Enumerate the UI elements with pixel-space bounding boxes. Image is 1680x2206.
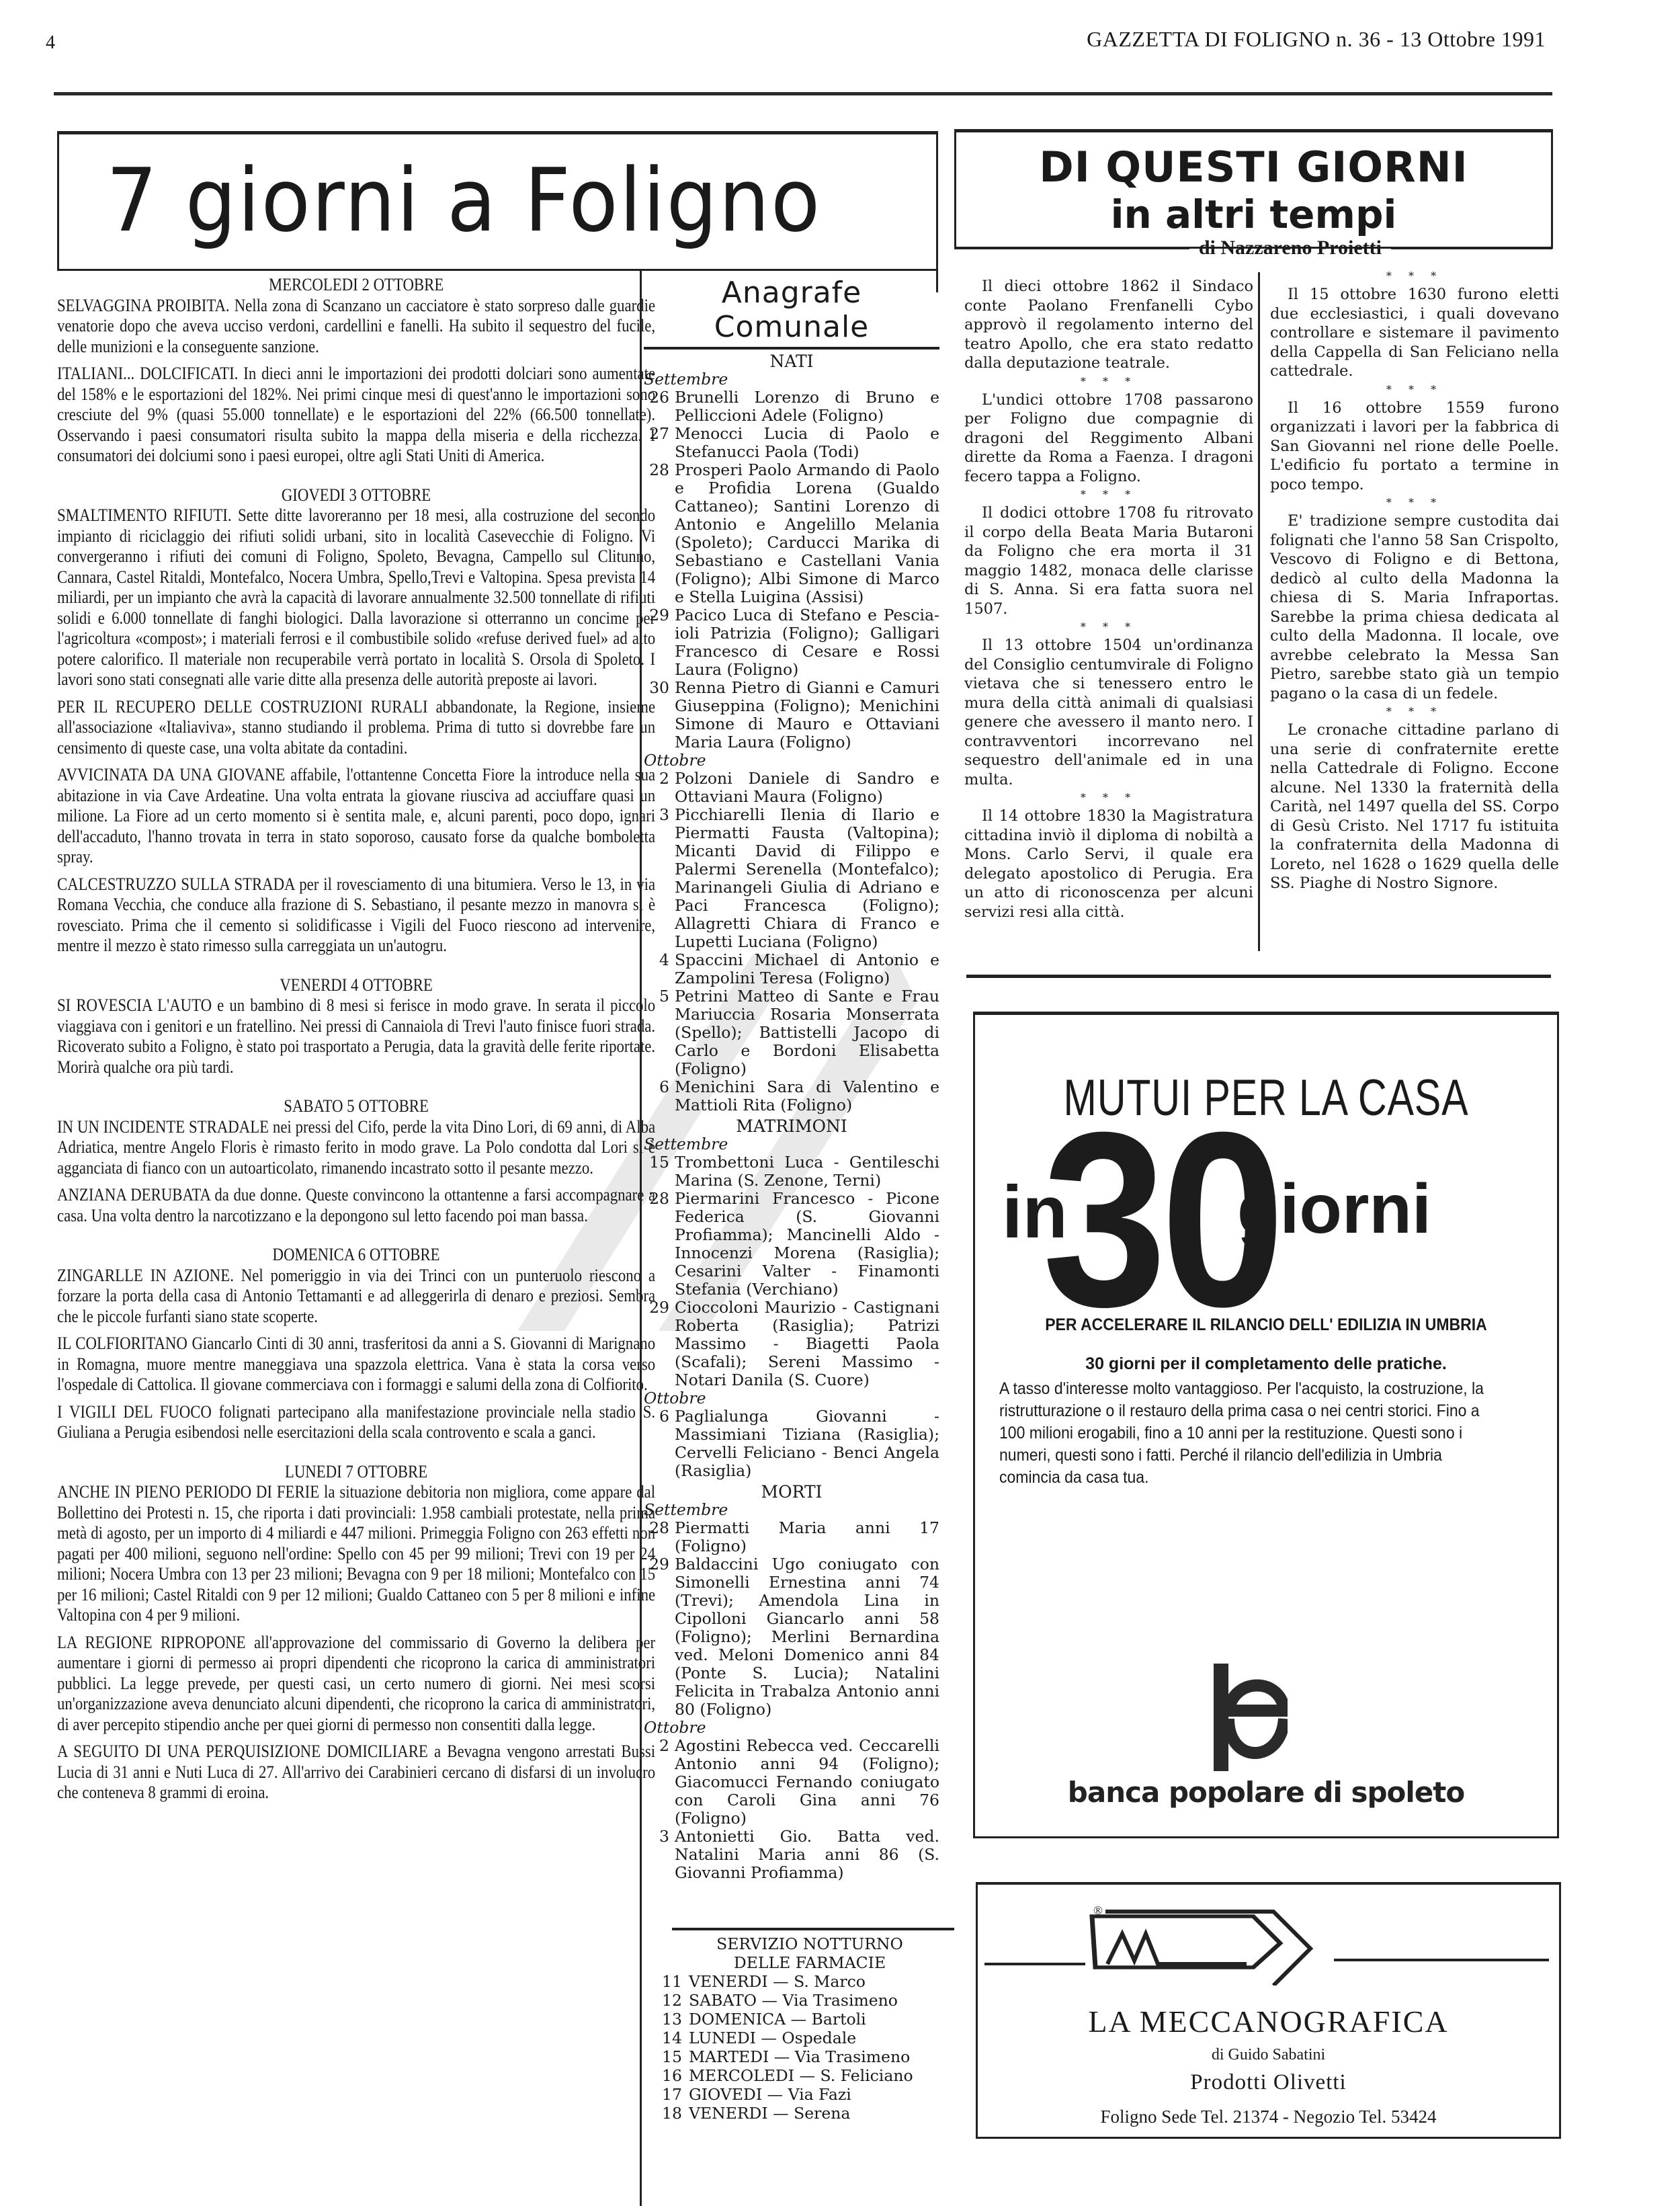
news-item: AVVICINATA DA UNA GIOVANE affabile, l'ot… <box>57 764 655 867</box>
seven-days-column: MERCOLEDI 2 OTTOBRESELVAGGINA PROIBITA. … <box>57 274 655 1803</box>
entry-day: 6 <box>644 1078 675 1114</box>
month-label: Ottobre <box>644 1389 939 1407</box>
spacer <box>57 1326 655 1333</box>
spacer <box>57 1625 655 1632</box>
pharmacy-day-number: 16 <box>662 2066 689 2085</box>
entry-day: 27 <box>644 425 675 461</box>
anagrafe-entry: 15Trombettoni Luca - Gentileschi Marina … <box>644 1153 939 1190</box>
separator: * * * <box>1270 381 1559 399</box>
ad-tagline: PER ACCELERARE IL RILANCIO DELL' EDILIZI… <box>999 1315 1534 1335</box>
news-item: IN UN INCIDENTE STRADALE nei pressi del … <box>57 1116 655 1178</box>
anagrafe-section-nati: NATI <box>644 352 939 370</box>
ad-subhead: 30 giorni per il completamento delle pra… <box>975 1354 1557 1374</box>
entry-day: 6 <box>644 1407 675 1480</box>
pharmacy-name: VENERDI — S. Marco <box>689 1972 866 1991</box>
company-products: Prodotti Olivetti <box>978 2070 1559 2095</box>
entry-day: 28 <box>644 461 675 606</box>
company-owner: di Guido Sabatini <box>978 2046 1559 2064</box>
entry-day: 30 <box>644 679 675 751</box>
separator: * * * <box>964 486 1253 503</box>
section-title: 7 giorni a Foligno <box>106 149 821 251</box>
anagrafe-section-matrimoni: MATRIMONI <box>644 1117 939 1135</box>
anagrafe-entry: 29Baldaccini Ugo coniugato con Simonelli… <box>644 1555 939 1719</box>
pharmacy-night-service: SERVIZIO NOTTURNO DELLE FARMACIE 11VENER… <box>662 1934 958 2123</box>
history-item: Il 15 ottobre 1630 furono eletti due ecc… <box>1270 285 1559 381</box>
pharmacy-name: DOMENICA — Bartoli <box>689 2010 866 2029</box>
spacer <box>57 867 655 874</box>
entry-text: Spaccini Michael di Antonio e Zampolini … <box>675 951 939 987</box>
spacer <box>57 758 655 764</box>
entry-day: 5 <box>644 987 675 1078</box>
entry-text: Menichini Sara di Valentino e Mattioli R… <box>675 1078 939 1114</box>
news-item: I VIGILI DEL FUOCO folignati partecipano… <box>57 1401 655 1442</box>
spacer <box>57 1077 655 1096</box>
entry-text: Trombettoni Luca - Gentileschi Marina (S… <box>675 1153 939 1190</box>
news-item: PER IL RECUPERO DELLE COSTRUZIONI RURALI… <box>57 696 655 758</box>
day-heading: MERCOLEDI 2 OTTOBRE <box>57 274 655 295</box>
section-rule <box>966 975 1551 978</box>
news-item: ITALIANI... DOLCIFICATI. In dieci anni l… <box>57 363 655 466</box>
day-heading: SABATO 5 OTTOBRE <box>57 1096 655 1116</box>
anagrafe-entry: 5Petrini Matteo di Sante e Frau Mariucci… <box>644 987 939 1078</box>
anagrafe-entry: 29Cioccoloni Maurizio - Castignani Rober… <box>644 1299 939 1389</box>
pharmacy-name: VENERDI — Serena <box>689 2104 850 2123</box>
day-heading: DOMENICA 6 OTTOBRE <box>57 1244 655 1265</box>
month-label: Ottobre <box>644 751 939 770</box>
news-item: SMALTIMENTO RIFIUTI. Sette ditte lavorer… <box>57 505 655 690</box>
entry-day: 26 <box>644 389 675 425</box>
company-contacts: Foligno Sede Tel. 21374 - Negozio Tel. 5… <box>978 2107 1559 2127</box>
entry-text: Menocci Lucia di Paolo e Stefanucci Paol… <box>675 425 939 461</box>
entry-text: Cioccoloni Maurizio - Castignani Roberta… <box>675 1299 939 1389</box>
altri-tempi-header: DI QUESTI GIORNI in altri tempi <box>954 129 1553 249</box>
entry-day: 29 <box>644 606 675 679</box>
spacer <box>57 1225 655 1244</box>
pharmacy-row: 16MERCOLEDI — S. Feliciano <box>662 2066 958 2085</box>
day-heading: GIOVEDI 3 OTTOBRE <box>57 485 655 505</box>
altri-tempi-byline: di Nazzareno Proietti <box>1199 237 1382 259</box>
entry-day: 3 <box>644 1828 675 1882</box>
anagrafe-column: Anagrafe Comunale NATISettembre26Brunell… <box>644 276 939 1882</box>
day-heading: LUNEDI 7 OTTOBRE <box>57 1461 655 1482</box>
separator: * * * <box>1270 703 1559 721</box>
separator: * * * <box>964 618 1253 636</box>
anagrafe-entry: 28Prosperi Paolo Armando di Paolo e Prof… <box>644 461 939 606</box>
month-label: Settembre <box>644 370 939 389</box>
entry-text: Piermarini Francesco - Picone Federica (… <box>675 1190 939 1299</box>
altri-tempi-title: DI QUESTI GIORNI <box>956 142 1551 192</box>
pharmacy-name: LUNEDI — Ospedale <box>689 2029 856 2047</box>
pharmacy-title-2: DELLE FARMACIE <box>662 1953 958 1972</box>
byline-rule <box>1391 247 1552 249</box>
entry-text: Picchiarelli Ilenia di Ilario e Piermatt… <box>675 806 939 951</box>
ad-in: in <box>1002 1170 1068 1255</box>
news-item: IL COLFIORITANO Giancarlo Cinti di 30 an… <box>57 1333 655 1395</box>
ad-body: A tasso d'interesse molto vantaggioso. P… <box>999 1378 1506 1489</box>
history-item: Le cronache cittadine parlano di una ser… <box>1270 721 1559 893</box>
pharmacy-day-number: 14 <box>662 2029 689 2047</box>
spacer <box>57 356 655 363</box>
entry-text: Renna Pietro di Gianni e Camuri Giuseppi… <box>675 679 939 751</box>
history-item: E' tradizione sempre custodita dai folig… <box>1270 512 1559 703</box>
page-number: 4 <box>46 32 55 54</box>
history-item: Il 16 ottobre 1559 furono organizzati i … <box>1270 399 1559 495</box>
anagrafe-entry: 4Spaccini Michael di Antonio e Zampolini… <box>644 951 939 987</box>
history-item: Il dodici ottobre 1708 fu ritrovato il c… <box>964 503 1253 618</box>
anagrafe-entry: 30Renna Pietro di Gianni e Camuri Giusep… <box>644 679 939 751</box>
entry-text: Polzoni Daniele di Sandro e Ottaviani Ma… <box>675 770 939 806</box>
entry-text: Paglialunga Giovanni - Massimiani Tizian… <box>675 1407 939 1480</box>
anagrafe-entry: 6Paglialunga Giovanni - Massimiani Tizia… <box>644 1407 939 1480</box>
news-item: ANZIANA DERUBATA da due donne. Queste co… <box>57 1184 655 1225</box>
pharmacy-day-number: 15 <box>662 2047 689 2066</box>
ad-giorni: giorni <box>1237 1170 1431 1250</box>
pharmacy-row: 15MARTEDI — Via Trasimeno <box>662 2047 958 2066</box>
entry-day: 2 <box>644 770 675 806</box>
entry-text: Brunelli Lorenzo di Bruno e Pelliccioni … <box>675 389 939 425</box>
pharmacy-name: SABATO — Via Trasimeno <box>689 1991 898 2010</box>
anagrafe-entry: 27Menocci Lucia di Paolo e Stefanucci Pa… <box>644 425 939 461</box>
pharmacy-list: 11VENERDI — S. Marco12SABATO — Via Trasi… <box>662 1972 958 2123</box>
header-rule <box>54 92 1552 95</box>
entry-day: 28 <box>644 1190 675 1299</box>
entry-text: Prosperi Paolo Armando di Paolo e Profid… <box>675 461 939 606</box>
spacer <box>57 956 655 975</box>
pharmacy-row: 18VENERDI — Serena <box>662 2104 958 2123</box>
spacer <box>57 1395 655 1401</box>
month-label: Settembre <box>644 1501 939 1519</box>
separator: * * * <box>964 789 1253 807</box>
pharmacy-row: 12SABATO — Via Trasimeno <box>662 1991 958 2010</box>
anagrafe-entry: 26Brunelli Lorenzo di Bruno e Pelliccion… <box>644 389 939 425</box>
history-item: Il 14 ottobre 1830 la Magistratura citta… <box>964 807 1253 922</box>
pharmacy-name: MARTEDI — Via Trasimeno <box>689 2047 910 2066</box>
altri-tempi-byline-row: di Nazzareno Proietti <box>954 237 1552 259</box>
bank-advertisement: MUTUI PER LA CASA 30 in giorni PER ACCEL… <box>973 1012 1559 1838</box>
entry-day: 3 <box>644 806 675 951</box>
news-item: CALCESTRUZZO SULLA STRADA per il rovesci… <box>57 874 655 956</box>
news-item: SELVAGGINA PROIBITA. Nella zona di Scanz… <box>57 295 655 357</box>
entry-day: 15 <box>644 1153 675 1190</box>
pharmacy-row: 14LUNEDI — Ospedale <box>662 2029 958 2047</box>
pharmacy-day-number: 13 <box>662 2010 689 2029</box>
pharmacy-row: 11VENERDI — S. Marco <box>662 1972 958 1991</box>
byline-rule <box>954 247 1189 249</box>
meccanografica-advertisement: ® LA MECCANOGRAFICA di Guido Sabatini Pr… <box>976 1882 1561 2139</box>
anagrafe-entry: 6Menichini Sara di Valentino e Mattioli … <box>644 1078 939 1114</box>
altri-tempi-column-2: * * *Il 15 ottobre 1630 furono eletti du… <box>1270 268 1559 893</box>
entry-text: Pacico Luca di Stefano e Pescia-ioli Pat… <box>675 606 939 679</box>
pharmacy-day-number: 11 <box>662 1972 689 1991</box>
column-divider <box>936 131 938 292</box>
anagrafe-entry: 28Piermatti Maria anni 17 (Foligno) <box>644 1519 939 1555</box>
month-label: Ottobre <box>644 1719 939 1737</box>
entry-day: 29 <box>644 1555 675 1719</box>
pharmacy-title-1: SERVIZIO NOTTURNO <box>662 1934 958 1953</box>
pharmacy-rule <box>672 1928 954 1930</box>
spacer <box>57 1442 655 1461</box>
pharmacy-day-number: 17 <box>662 2085 689 2104</box>
altri-tempi-column-1: Il dieci ottobre 1862 il Sindaco conte P… <box>964 277 1253 922</box>
anagrafe-body: NATISettembre26Brunelli Lorenzo di Bruno… <box>644 352 939 1882</box>
spacer <box>57 1734 655 1741</box>
anagrafe-entry: 29Pacico Luca di Stefano e Pescia-ioli P… <box>644 606 939 679</box>
separator: * * * <box>964 373 1253 391</box>
month-label: Settembre <box>644 1135 939 1153</box>
anagrafe-title: Anagrafe Comunale <box>644 276 939 350</box>
entry-text: Antonietti Gio. Batta ved. Natalini Mari… <box>675 1828 939 1882</box>
separator: * * * <box>1270 268 1559 285</box>
entry-text: Petrini Matteo di Sante e Frau Mariuccia… <box>675 987 939 1078</box>
history-item: Il dieci ottobre 1862 il Sindaco conte P… <box>964 277 1253 373</box>
news-item: LA REGIONE RIPROPONE all'approvazione de… <box>57 1632 655 1735</box>
svg-text:®: ® <box>1093 1905 1103 1917</box>
anagrafe-entry: 2Agostini Rebecca ved. Ceccarelli Antoni… <box>644 1737 939 1828</box>
news-item: ANCHE IN PIENO PERIODO DI FERIE la situa… <box>57 1481 655 1625</box>
separator: * * * <box>1270 494 1559 512</box>
entry-text: Agostini Rebecca ved. Ceccarelli Antonio… <box>675 1737 939 1828</box>
pharmacy-day-number: 12 <box>662 1991 689 2010</box>
bank-brand: banca popolare di spoleto <box>975 1776 1557 1809</box>
entry-day: 29 <box>644 1299 675 1389</box>
anagrafe-entry: 3Picchiarelli Ilenia di Ilario e Piermat… <box>644 806 939 951</box>
entry-text: Piermatti Maria anni 17 (Foligno) <box>675 1519 939 1555</box>
pharmacy-row: 13DOMENICA — Bartoli <box>662 2010 958 2029</box>
spacer <box>57 466 655 485</box>
anagrafe-entry: 3Antonietti Gio. Batta ved. Natalini Mar… <box>644 1828 939 1882</box>
news-item: A SEGUITO DI UNA PERQUISIZIONE DOMICILIA… <box>57 1741 655 1803</box>
anagrafe-entry: 28Piermarini Francesco - Picone Federica… <box>644 1190 939 1299</box>
news-item: SI ROVESCIA L'AUTO e un bambino di 8 mes… <box>57 995 655 1077</box>
running-head: GAZZETTA DI FOLIGNO n. 36 - 13 Ottobre 1… <box>1087 27 1546 52</box>
pharmacy-name: GIOVEDI — Via Fazi <box>689 2085 851 2104</box>
news-item: ZINGARLLE IN AZIONE. Nel pomeriggio in v… <box>57 1265 655 1327</box>
entry-day: 4 <box>644 951 675 987</box>
bps-logo-icon <box>1214 1664 1288 1771</box>
column-divider <box>1258 272 1260 951</box>
pharmacy-row: 17GIOVEDI — Via Fazi <box>662 2085 958 2104</box>
entry-text: Baldaccini Ugo coniugato con Simonelli E… <box>675 1555 939 1719</box>
pharmacy-name: MERCOLEDI — S. Feliciano <box>689 2066 913 2085</box>
spacer <box>57 1178 655 1184</box>
column-divider <box>640 269 642 2206</box>
anagrafe-section-morti: MORTI <box>644 1483 939 1501</box>
altri-tempi-subtitle: in altri tempi <box>956 192 1551 237</box>
company-name: LA MECCANOGRAFICA <box>978 2004 1559 2039</box>
day-heading: VENERDI 4 OTTOBRE <box>57 975 655 995</box>
history-item: L'undici ottobre 1708 passarono per Foli… <box>964 391 1253 487</box>
anagrafe-entry: 2Polzoni Daniele di Sandro e Ottaviani M… <box>644 770 939 806</box>
pharmacy-day-number: 18 <box>662 2104 689 2123</box>
entry-day: 28 <box>644 1519 675 1555</box>
meccanografica-logo-icon: ® <box>978 1905 1559 1986</box>
section-title-box: 7 giorni a Foligno <box>57 131 936 271</box>
entry-day: 2 <box>644 1737 675 1828</box>
history-item: Il 13 ottobre 1504 un'ordinanza del Cons… <box>964 636 1253 789</box>
spacer <box>57 690 655 696</box>
